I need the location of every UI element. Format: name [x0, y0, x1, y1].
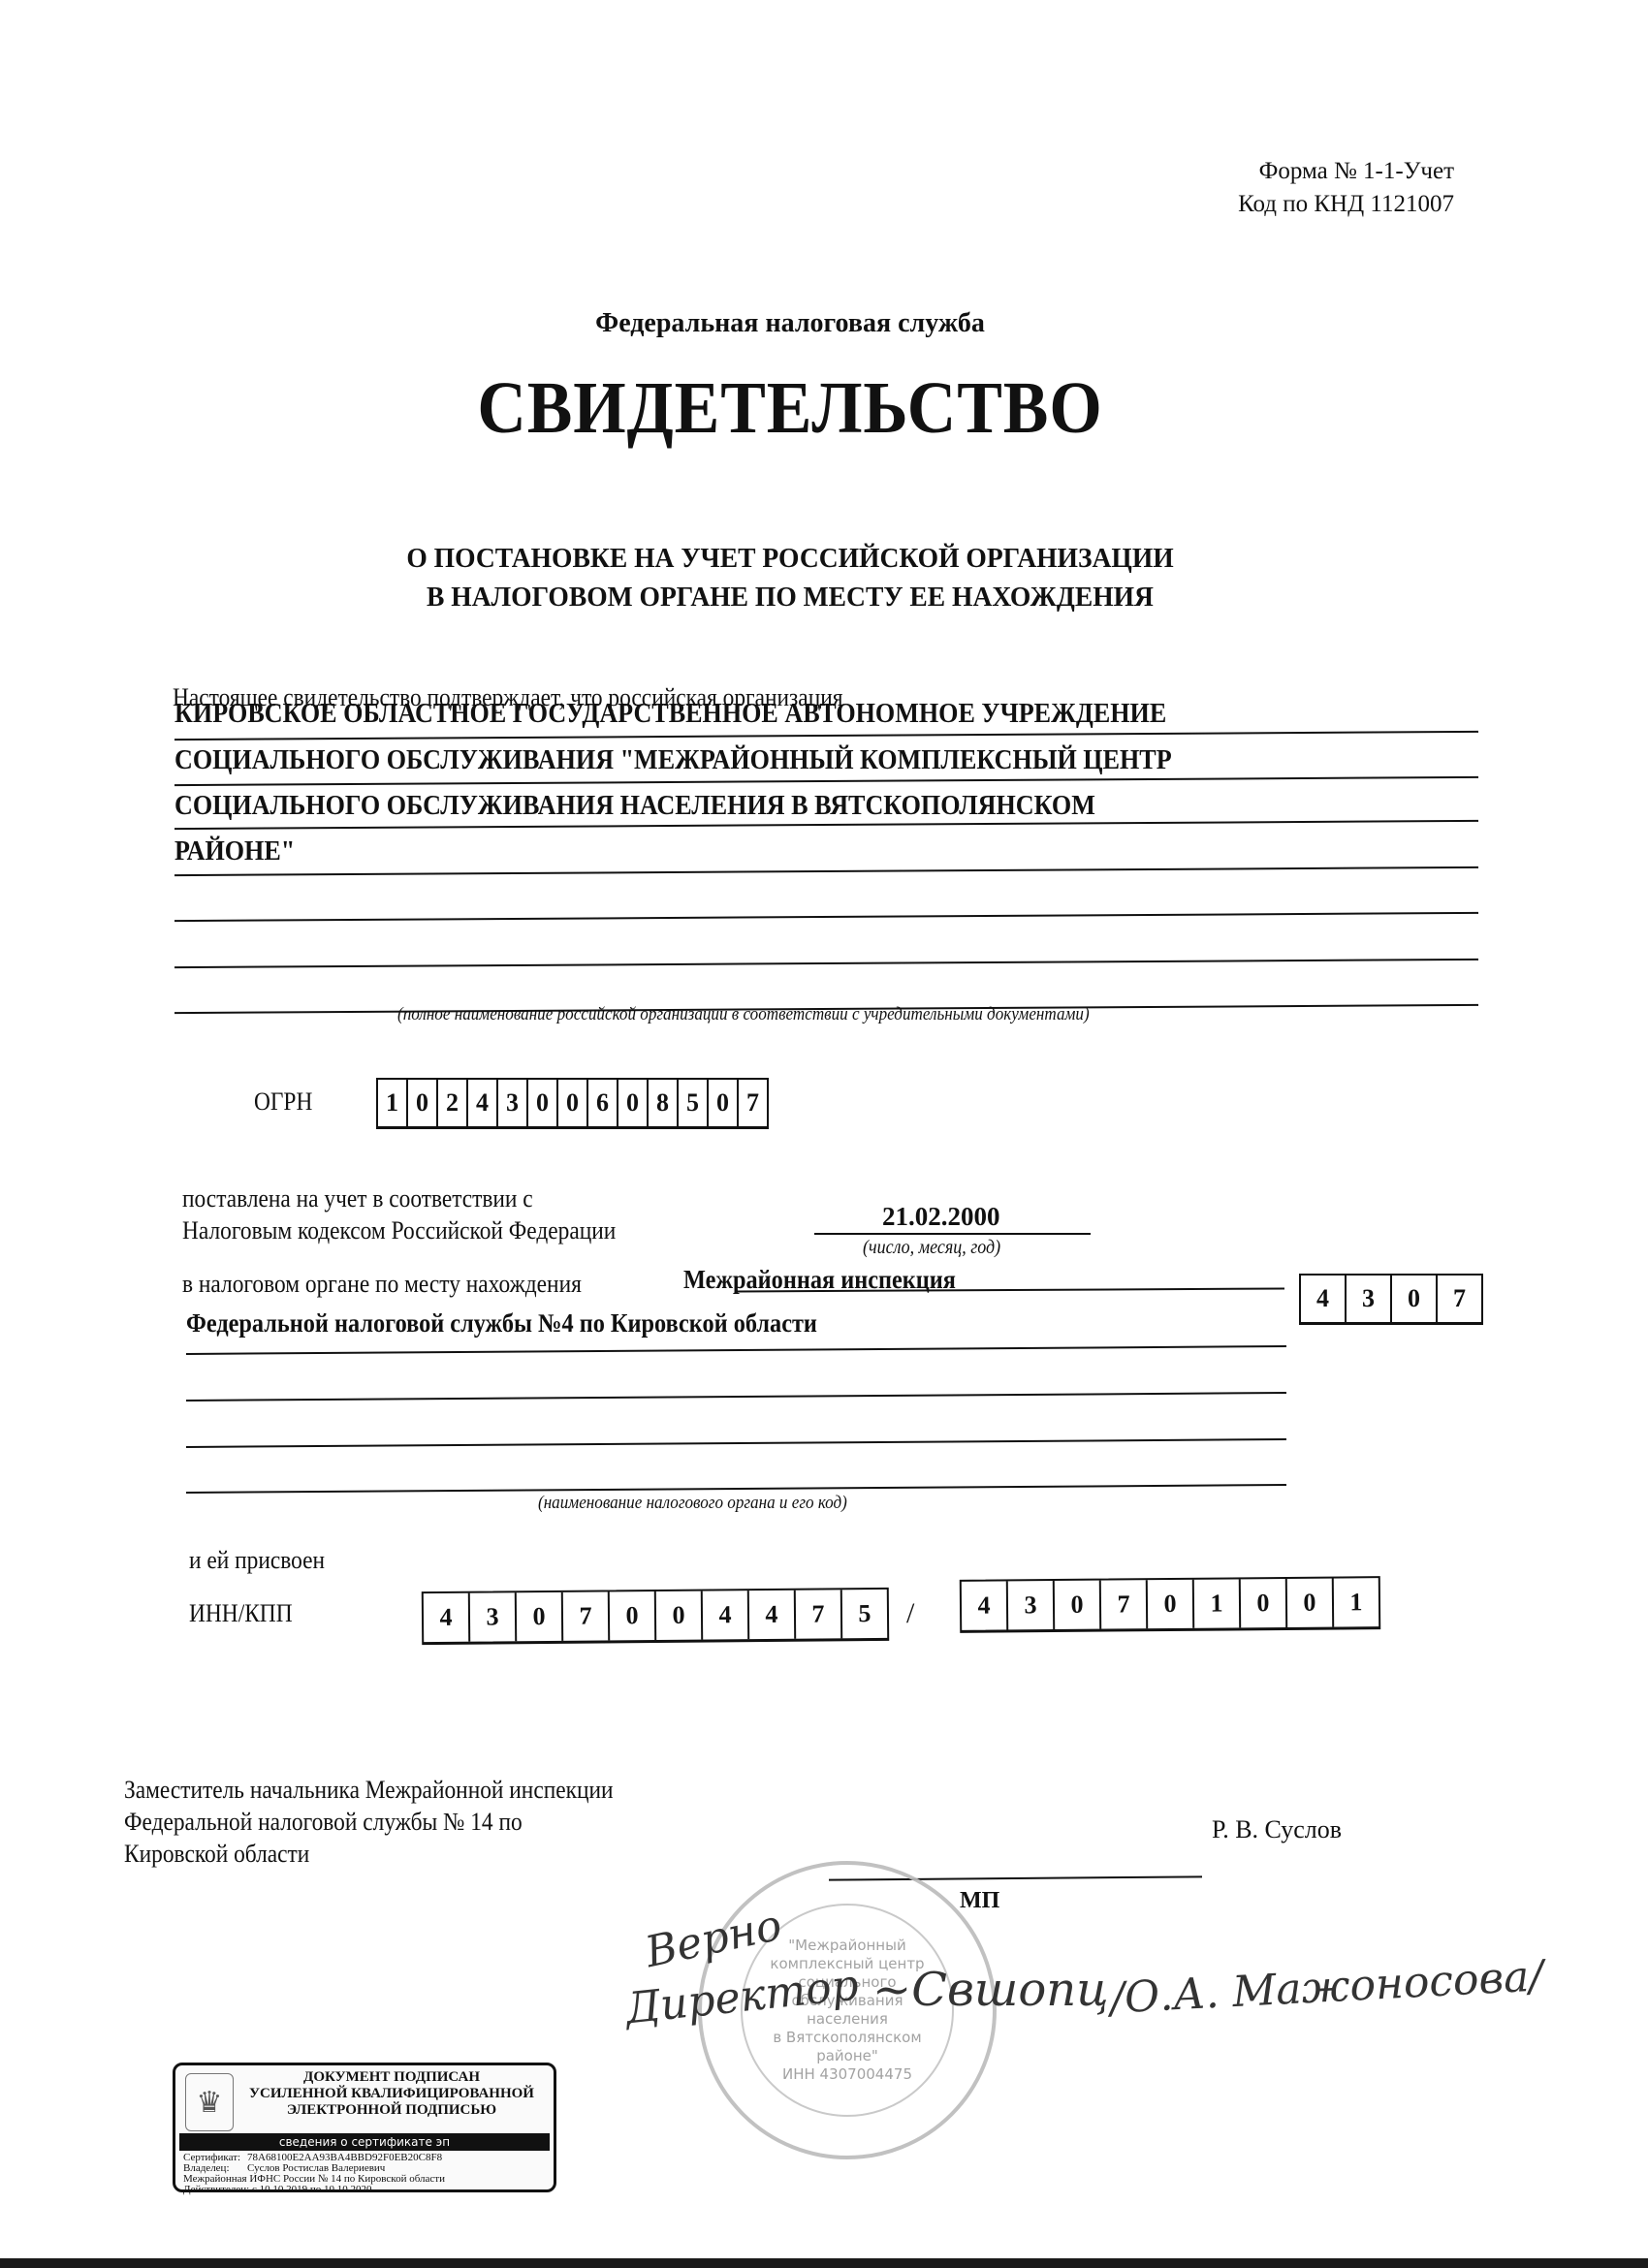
- date-underline: [814, 1233, 1091, 1235]
- org-name-line-4: РАЙОНЕ": [174, 835, 295, 867]
- registration-line-1: поставлена на учет в соответствии с: [182, 1184, 533, 1213]
- inn-digit: 5: [842, 1590, 887, 1638]
- tax-office-code-digit: 7: [1438, 1276, 1481, 1322]
- ogrn-digit: 4: [468, 1080, 498, 1126]
- kpp-digit: 1: [1194, 1579, 1241, 1627]
- ogrn-digit: 8: [649, 1080, 679, 1126]
- assigned-label: и ей присвоен: [189, 1546, 325, 1575]
- electronic-signature-stamp: ♛ ДОКУМЕНТ ПОДПИСАН УСИЛЕННОЙ КВАЛИФИЦИР…: [173, 2063, 556, 2192]
- ogrn-digit: 1: [378, 1080, 408, 1126]
- kpp-digit: 1: [1334, 1578, 1379, 1626]
- org-name-line-1: КИРОВСКОЕ ОБЛАСТНОЕ ГОСУДАРСТВЕННОЕ АВТО…: [174, 698, 1166, 730]
- document-title: СВИДЕТЕЛЬСТВО: [63, 366, 1517, 451]
- esig-details: Сертификат:78A68100E2AA93BA4BBD92F0EB20C…: [183, 2153, 550, 2195]
- inn-kpp-label: ИНН/КПП: [189, 1599, 293, 1628]
- registration-date: 21.02.2000: [882, 1202, 1000, 1232]
- scan-edge: [0, 2258, 1648, 2268]
- valid-value: с 10.10.2019 по 10.10.2020: [252, 2184, 372, 2195]
- kpp-digit: 3: [1008, 1581, 1055, 1629]
- inn-digit: 3: [470, 1592, 517, 1641]
- ogrn-digit: 0: [558, 1080, 588, 1126]
- subtitle-line-2: В НАЛОГОВОМ ОРГАНЕ ПО МЕСТУ ЕЕ НАХОЖДЕНИ…: [40, 578, 1541, 616]
- knd-code: Код по КНД 1121007: [1238, 188, 1454, 221]
- ruled-line: [174, 959, 1478, 968]
- ogrn-digit: 7: [739, 1080, 767, 1126]
- handwritten-signature: ~Свшопц: [872, 1963, 1109, 2017]
- org-name-line-3: СОЦИАЛЬНОГО ОБСЛУЖИВАНИЯ НАСЕЛЕНИЯ В ВЯТ…: [174, 790, 1095, 822]
- esig-heading: ДОКУМЕНТ ПОДПИСАН УСИЛЕННОЙ КВАЛИФИЦИРОВ…: [236, 2069, 548, 2119]
- inn-digit: 7: [796, 1590, 842, 1638]
- ogrn-digit: 0: [709, 1080, 739, 1126]
- ogrn-digit: 6: [588, 1080, 618, 1126]
- tax-office-caption: (наименование налогового органа и его ко…: [538, 1493, 847, 1514]
- seal-text: районе": [816, 2047, 878, 2065]
- inn-digit-box: 4307004475: [422, 1588, 889, 1645]
- tax-office-code-digit: 4: [1301, 1276, 1347, 1322]
- ogrn-digit: 0: [408, 1080, 438, 1126]
- kpp-digit: 7: [1101, 1580, 1148, 1628]
- org-name-line-2: СОЦИАЛЬНОГО ОБСЛУЖИВАНИЯ "МЕЖРАЙОННЫЙ КО…: [174, 744, 1172, 776]
- signatory-name: Р. В. Суслов: [1212, 1815, 1342, 1844]
- kpp-digit: 0: [1055, 1581, 1101, 1629]
- signatory-title: Заместитель начальника Межрайонной инспе…: [124, 1774, 614, 1870]
- tax-office-code-digit: 3: [1347, 1276, 1392, 1322]
- inn-digit: 0: [517, 1592, 563, 1641]
- seal-inn: ИНН 4307004475: [782, 2065, 912, 2084]
- tax-office-name-line-2: Федеральной налоговой службы №4 по Киров…: [186, 1308, 817, 1339]
- ogrn-digit: 3: [498, 1080, 528, 1126]
- inn-digit: 4: [749, 1591, 796, 1639]
- ruled-line: [186, 1392, 1286, 1402]
- esig-heading-line: УСИЛЕННОЙ КВАЛИФИЦИРОВАННОЙ: [236, 2086, 548, 2102]
- ogrn-digit: 0: [528, 1080, 558, 1126]
- ruled-line: [174, 866, 1478, 876]
- kpp-digit: 4: [962, 1581, 1008, 1629]
- esig-bar: сведения о сертификате эп: [179, 2133, 550, 2151]
- tax-office-label: в налоговом органе по месту нахождения: [182, 1270, 582, 1299]
- inn-digit: 0: [656, 1591, 703, 1640]
- kpp-digit: 0: [1241, 1579, 1287, 1627]
- inn-digit: 4: [703, 1591, 749, 1639]
- ogrn-digit-box: 1024300608507: [376, 1078, 769, 1129]
- kpp-digit-box: 430701001: [960, 1576, 1380, 1633]
- form-number: Форма № 1-1-Учет: [1238, 155, 1454, 188]
- ruled-line: [174, 731, 1478, 740]
- org-name-caption: (полное наименование российской организа…: [397, 1004, 1090, 1025]
- ogrn-label: ОГРН: [254, 1087, 312, 1117]
- esig-heading-line: ЭЛЕКТРОННОЙ ПОДПИСЬЮ: [236, 2102, 548, 2119]
- esig-heading-line: ДОКУМЕНТ ПОДПИСАН: [236, 2069, 548, 2086]
- ruled-line: [186, 1345, 1286, 1355]
- inn-digit: 7: [563, 1591, 610, 1640]
- inn-digit: 0: [610, 1591, 656, 1640]
- signatory-title-line-3: Кировской области: [124, 1838, 614, 1870]
- kpp-digit: 0: [1148, 1580, 1194, 1628]
- signatory-title-line-1: Заместитель начальника Межрайонной инспе…: [124, 1774, 614, 1806]
- signatory-title-line-2: Федеральной налоговой службы № 14 по: [124, 1806, 614, 1838]
- tax-office-code-box: 4307: [1299, 1274, 1483, 1325]
- inn-digit: 4: [424, 1593, 470, 1642]
- seal-text: в Вятскополянском: [773, 2029, 921, 2047]
- inn-kpp-separator: /: [906, 1597, 914, 1630]
- handwritten-name: /О.А. Мажоносова/: [1109, 1951, 1544, 2023]
- ogrn-digit: 2: [438, 1080, 468, 1126]
- seal-mark: МП: [960, 1888, 999, 1914]
- date-caption: (число, месяц, год): [863, 1237, 1000, 1259]
- ruled-line: [174, 776, 1478, 786]
- agency-name: Федеральная налоговая служба: [0, 308, 1580, 339]
- valid-label: Действителен:: [183, 2184, 249, 2195]
- coat-of-arms-icon: ♛: [185, 2073, 234, 2131]
- form-code-block: Форма № 1-1-Учет Код по КНД 1121007: [1238, 155, 1454, 221]
- ogrn-digit: 0: [618, 1080, 649, 1126]
- ruled-line: [174, 912, 1478, 922]
- ruled-line: [186, 1438, 1286, 1448]
- subtitle-line-1: О ПОСТАНОВКЕ НА УЧЕТ РОССИЙСКОЙ ОРГАНИЗА…: [40, 539, 1541, 578]
- kpp-digit: 0: [1287, 1579, 1334, 1627]
- registration-line-2: Налоговым кодексом Российской Федерации: [182, 1216, 616, 1245]
- ogrn-digit: 5: [679, 1080, 709, 1126]
- tax-office-code-digit: 0: [1392, 1276, 1438, 1322]
- seal-text: "Межрайонный: [788, 1937, 905, 1955]
- document-subtitle: О ПОСТАНОВКЕ НА УЧЕТ РОССИЙСКОЙ ОРГАНИЗА…: [40, 539, 1541, 616]
